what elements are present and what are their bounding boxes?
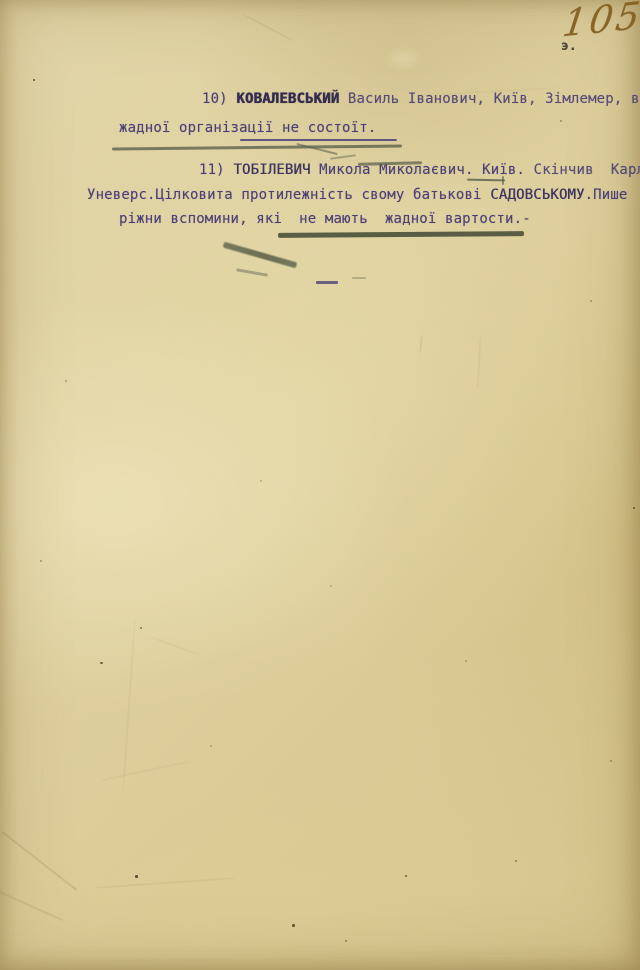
item11-number: 11) — [199, 162, 233, 178]
item10-line2-text: жадної організації не — [119, 120, 308, 136]
item10-line1-text: Василь Іванович, Київ, Зімлемер, в — [339, 91, 639, 107]
paper-scratch — [0, 891, 63, 921]
paper-speck — [515, 860, 517, 862]
paper-crease — [122, 618, 136, 793]
paper-speck — [260, 480, 262, 482]
item11-line1-text2: Скінчив Карл. — [525, 162, 640, 178]
scanned-document-page: 105 э. 10) КОВАЛЕВСЬКИЙ Василь Іванович,… — [0, 0, 640, 970]
typed-line-item11-1: 11) ТОБІЛЕВИЧ Микола Миколаєвич. Київ. С… — [199, 162, 640, 179]
item11-line2-text: Уневерс.Цілковита протилежність свому ба… — [87, 187, 490, 203]
paper-speck — [210, 745, 212, 747]
paper-speck — [610, 760, 612, 762]
item11-line3-text: ріжни вспомини, які не мають — [119, 211, 385, 227]
item11-line3-end: жадної вартости.- — [385, 211, 531, 227]
paper-speck — [330, 585, 332, 587]
paper-speck — [40, 560, 42, 562]
paper-scratch — [419, 335, 422, 353]
pencil-smudge — [223, 242, 298, 269]
paper-crease — [95, 877, 235, 888]
typed-underscore — [240, 139, 397, 141]
typed-line-item11-2: Уневерс.Цілковита протилежність свому ба… — [87, 187, 627, 204]
typed-line-item10-2: жадної організації не состоїт. — [119, 120, 376, 137]
ink-dash — [316, 281, 338, 284]
pencil-stray-mark — [330, 154, 356, 160]
margin-mark: э. — [561, 39, 577, 54]
pencil-dot-mark — [352, 277, 366, 279]
paper-speck — [345, 940, 347, 942]
paper-speck — [33, 79, 35, 81]
pencil-underline-kyiv — [467, 179, 505, 182]
paper-crease — [151, 636, 198, 655]
paper-speck — [465, 660, 467, 662]
paper-crease — [241, 13, 293, 42]
item11-line2-end: .Пише — [585, 187, 628, 203]
item10-line2-end: состоїт. — [308, 120, 377, 136]
typed-line-item10-1: 10) КОВАЛЕВСЬКИЙ Василь Іванович, Київ, … — [202, 91, 640, 108]
surname-tobilevych: ТОБІЛЕВИЧ — [233, 162, 310, 178]
paper-speck — [560, 120, 562, 122]
pencil-underline-kyiv-hook — [502, 176, 504, 185]
item11-line1-text: Микола Миколаєвич. — [311, 162, 483, 178]
surname-sadovskyi: САДОВСЬКОМУ — [490, 187, 584, 203]
paper-speck — [590, 300, 592, 302]
paper-scratch — [2, 831, 78, 891]
paper-speck — [140, 627, 142, 629]
surname-kovalevskyi: КОВАЛЕВСЬКИЙ — [236, 91, 339, 107]
paper-speck — [292, 924, 295, 927]
pencil-smudge-small — [236, 268, 268, 277]
paper-speck — [100, 662, 103, 664]
paper-speck — [65, 380, 67, 382]
paper-speck — [405, 875, 407, 877]
paper-scratch — [477, 338, 481, 388]
paper-crease — [101, 761, 189, 781]
item10-number: 10) — [202, 91, 236, 107]
paper-speck — [135, 875, 138, 878]
pencil-underline-item10 — [112, 144, 402, 150]
pencil-underline-item11 — [278, 231, 524, 237]
paper-speck — [633, 507, 635, 509]
typed-line-item11-3: ріжни вспомини, які не мають жадної варт… — [119, 211, 531, 228]
